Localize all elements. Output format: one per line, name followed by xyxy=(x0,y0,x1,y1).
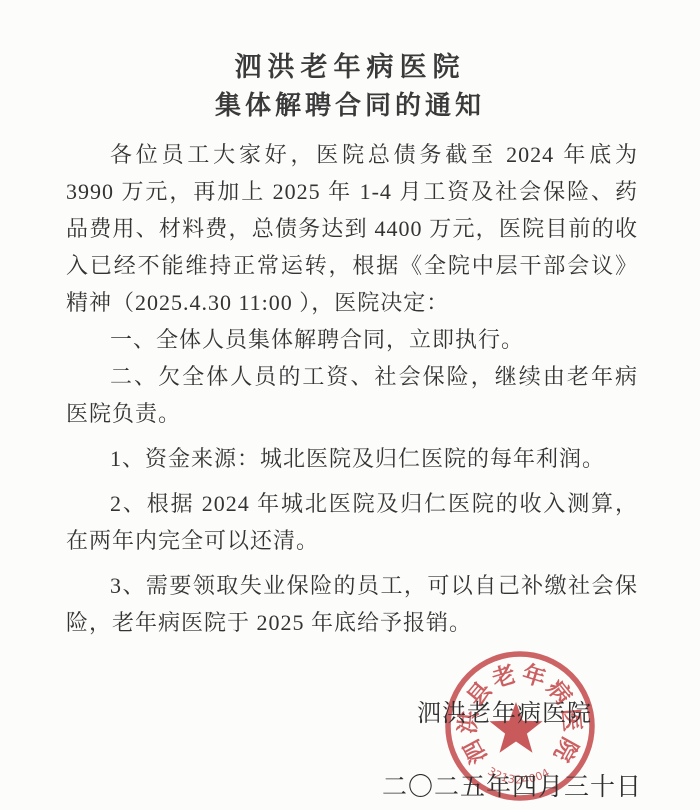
body-paragraph-item-1: 一、全体人员集体解聘合同，立即执行。 xyxy=(66,321,638,358)
document-title: 泗洪老年病医院 xyxy=(0,0,700,82)
document-body: 各位员工大家好，医院总债务截至 2024 年底为 3990 万元，再加上 202… xyxy=(66,136,638,641)
document-page: 泗洪老年病医院 集体解聘合同的通知 各位员工大家好，医院总债务截至 2024 年… xyxy=(0,0,700,810)
document-subtitle: 集体解聘合同的通知 xyxy=(0,91,700,121)
document-date: 二〇二五年四月三十日 xyxy=(382,767,642,803)
body-paragraph-item-2: 二、欠全体人员的工资、社会保险，继续由老年病医院负责。 xyxy=(66,358,638,432)
body-paragraph-sub-1: 1、资金来源：城北医院及归仁医院的每年利润。 xyxy=(66,440,638,477)
body-paragraph-intro: 各位员工大家好，医院总债务截至 2024 年底为 3990 万元，再加上 202… xyxy=(66,136,638,321)
body-paragraph-sub-3: 3、需要领取失业保险的员工，可以自己补缴社会保险，老年病医院于 2025 年底给… xyxy=(66,567,638,641)
signature-line: 泗洪老年病医院 xyxy=(417,693,592,728)
body-paragraph-sub-2: 2、根据 2024 年城北医院及归仁医院的收入测算，在两年内完全可以还清。 xyxy=(66,485,638,559)
